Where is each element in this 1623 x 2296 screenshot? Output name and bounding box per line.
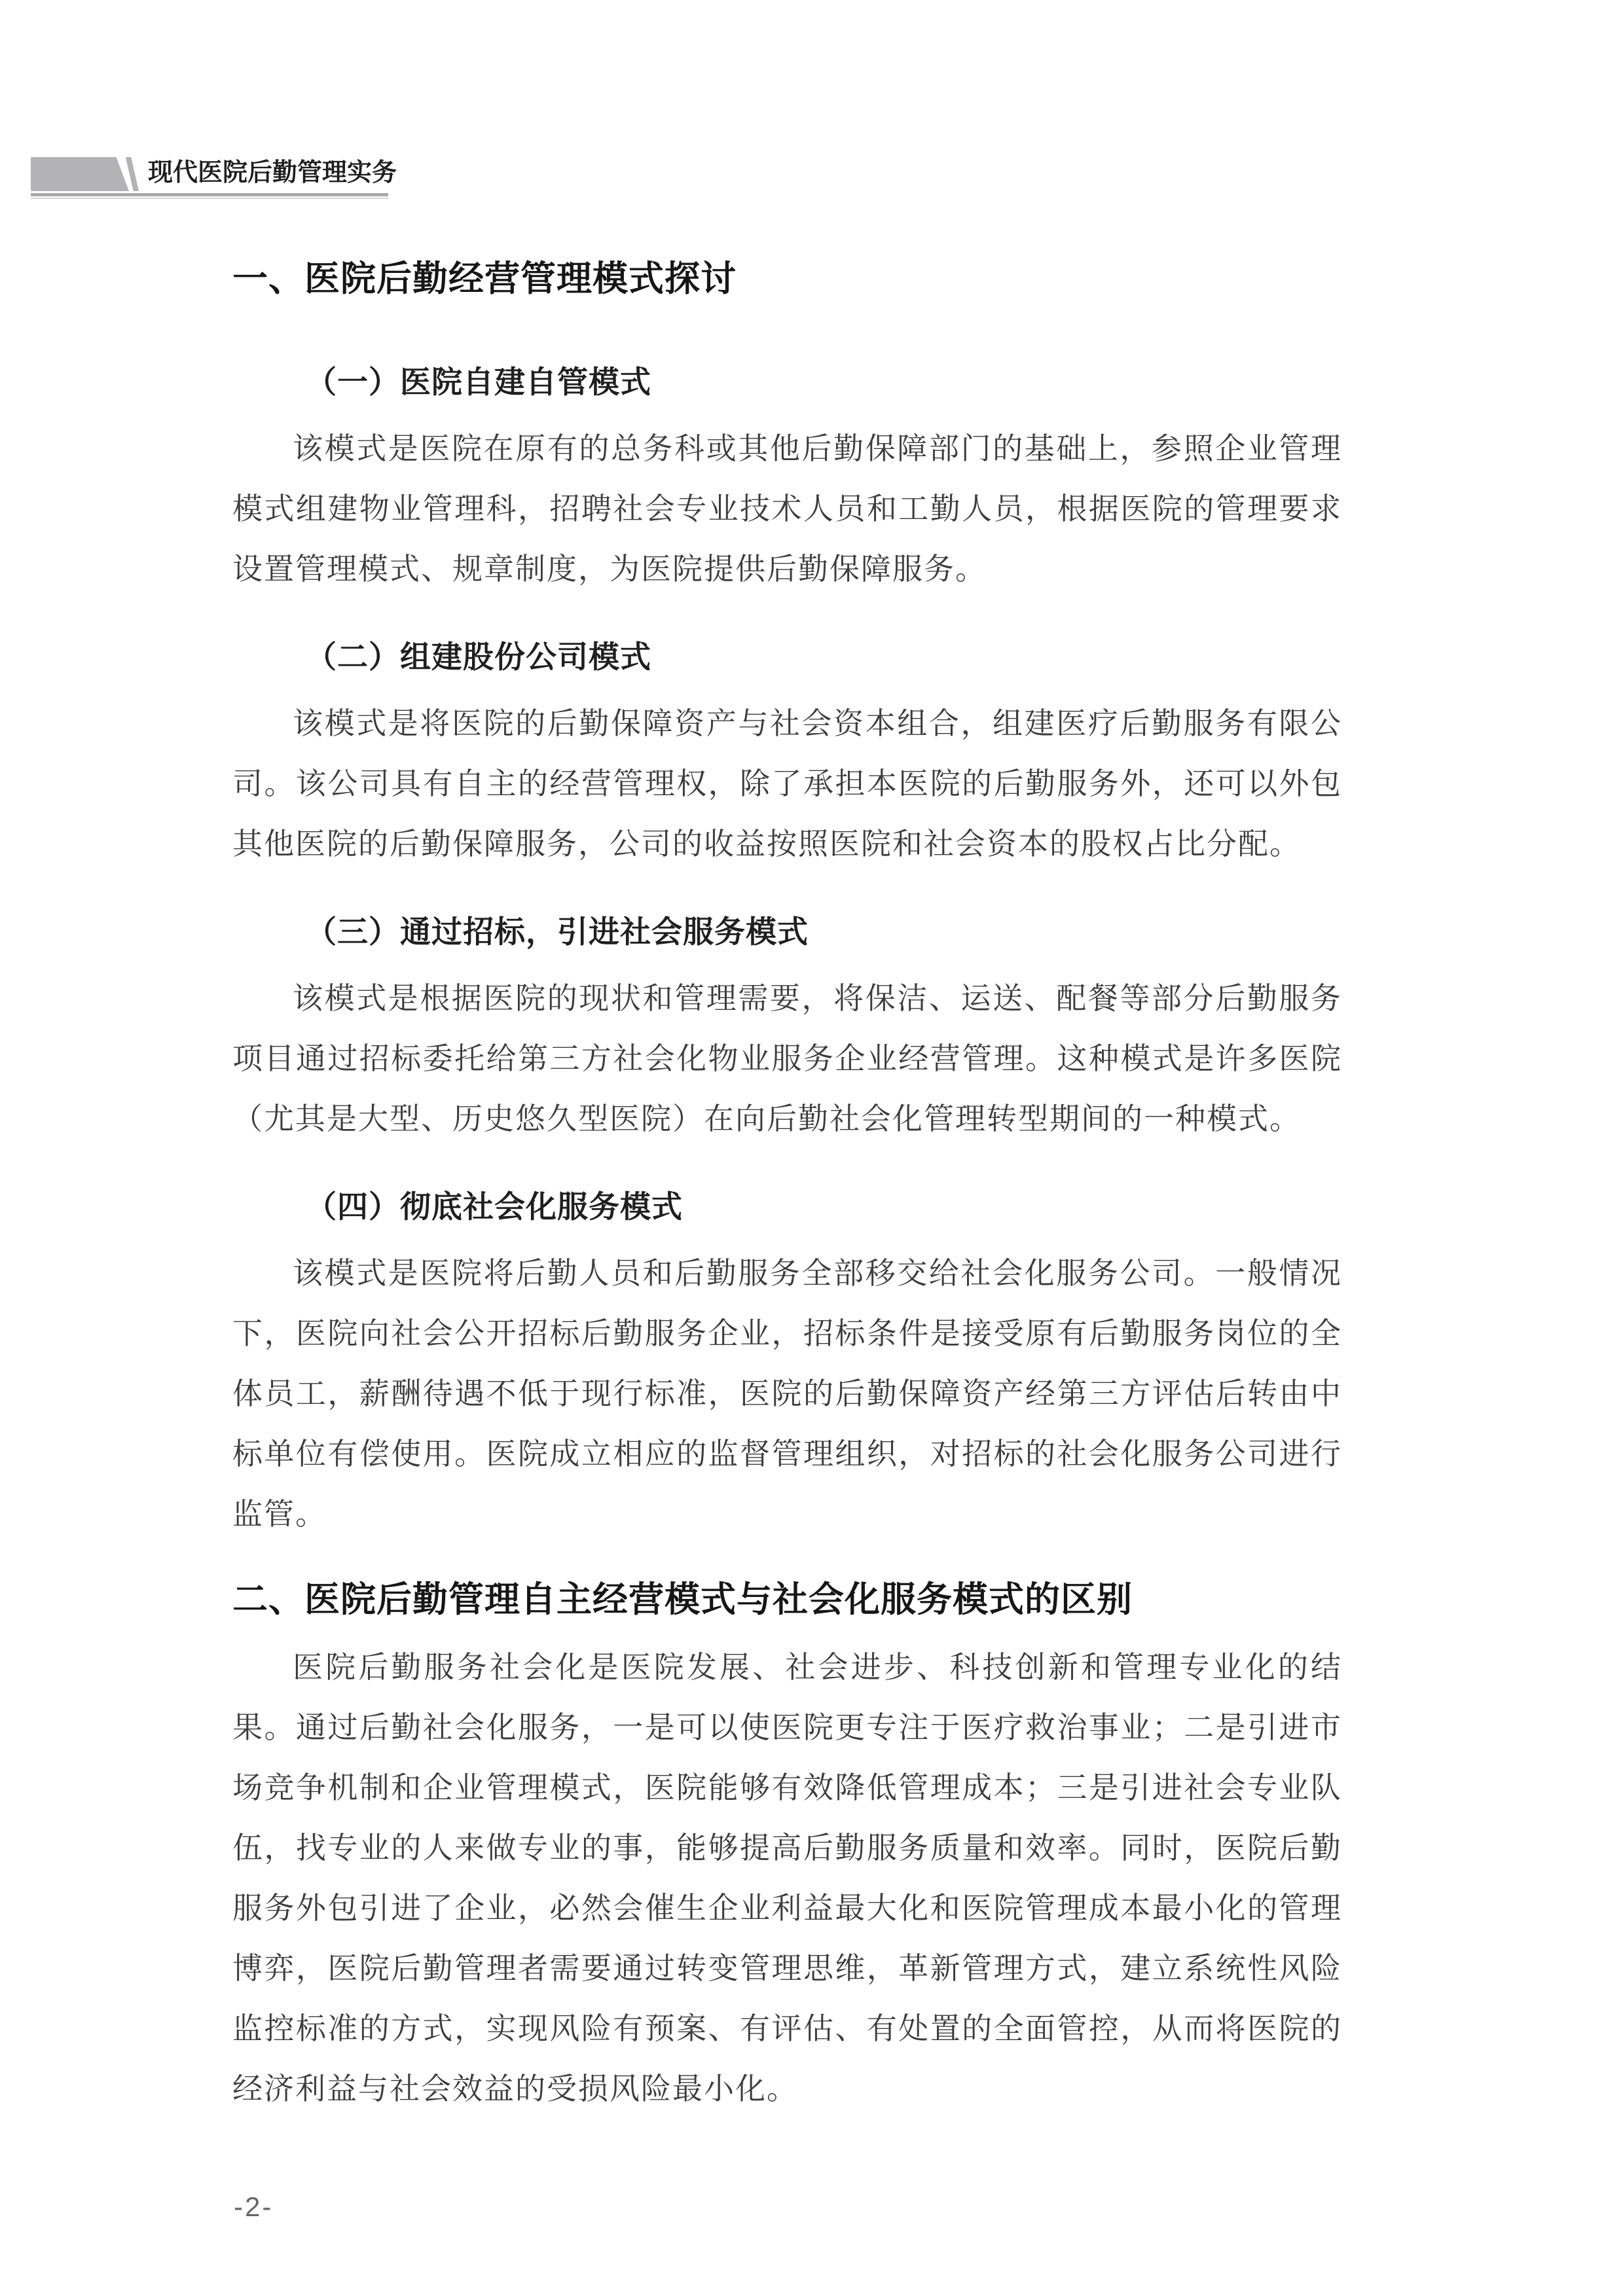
header-trapezoid-accent [31,157,129,191]
header-rule-shadow [31,198,388,199]
running-head-book-title: 现代医院后勤管理实务 [148,158,397,187]
subsection-heading-1-4: （四）彻底社会化服务模式 [232,1186,1342,1228]
paragraph-1-4: 该模式是医院将后勤人员和后勤服务全部移交给社会化服务公司。一般情况下，医院向社会… [232,1244,1342,1545]
paragraph-1-2: 该模式是将医院的后勤保障资产与社会资本组合，组建医疗后勤服务有限公司。该公司具有… [232,694,1342,874]
content-column: 一、医院后勤经营管理模式探讨 （一）医院自建自管模式 该模式是医院在原有的总务科… [232,257,1342,2223]
subsection-heading-1-1: （一）医院自建自管模式 [232,361,1342,403]
paragraph-1-3: 该模式是根据医院的现状和管理需要，将保洁、运送、配餐等部分后勤服务项目通过招标委… [232,969,1342,1149]
section-heading-2: 二、医院后勤管理自主经营模式与社会化服务模式的区别 [232,1577,1342,1622]
paragraph-2-1: 医院后勤服务社会化是医院发展、社会进步、科技创新和管理专业化的结果。通过后勤社会… [232,1638,1342,2119]
header-rule [31,193,388,196]
subsection-heading-1-2: （二）组建股份公司模式 [232,636,1342,678]
page-number: -2- [234,2191,1342,2223]
book-page: { "header": { "book_title": "现代医院后勤管理实务"… [0,0,1623,2296]
section-heading-1: 一、医院后勤经营管理模式探讨 [232,257,1342,301]
paragraph-1-1: 该模式是医院在原有的总务科或其他后勤保障部门的基础上，参照企业管理模式组建物业管… [232,419,1342,600]
subsection-heading-1-3: （三）通过招标，引进社会服务模式 [232,911,1342,953]
